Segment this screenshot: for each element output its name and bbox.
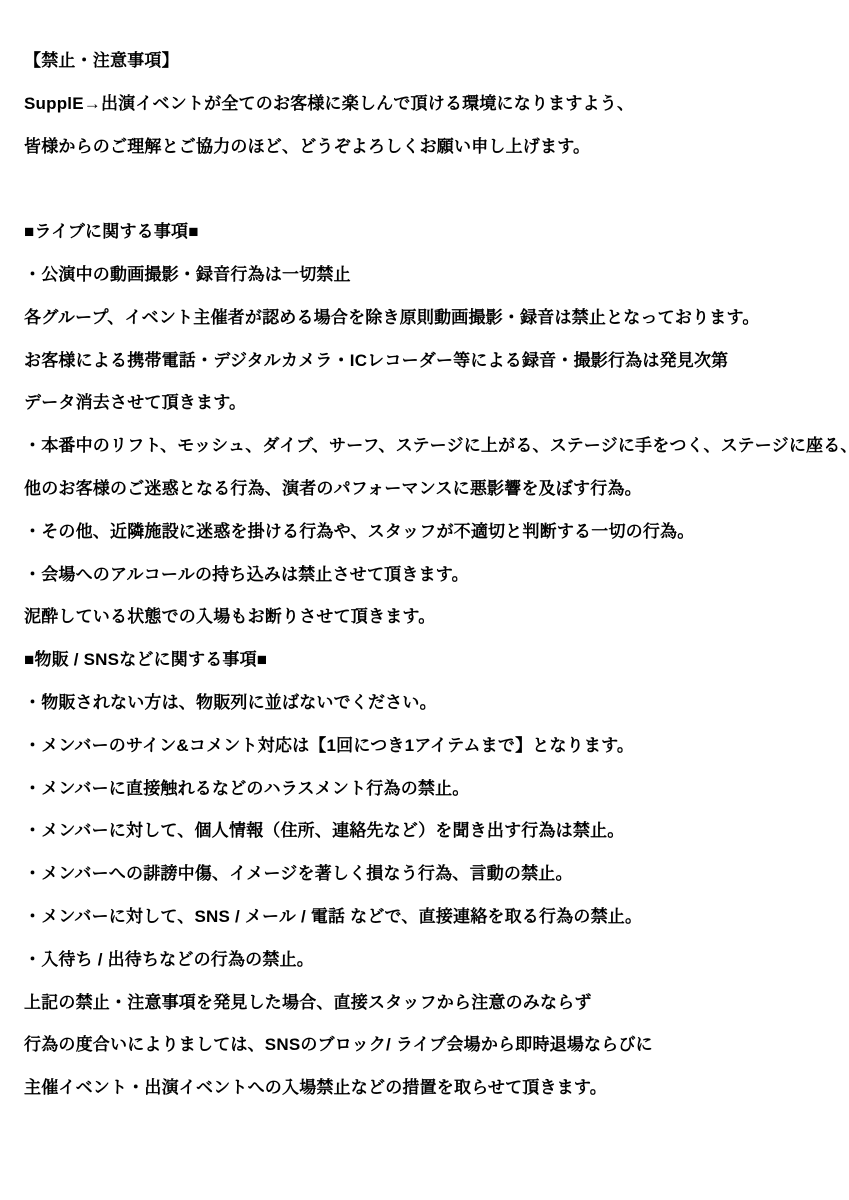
rule-line: ・会場へのアルコールの持ち込みは禁止させて頂きます。: [24, 554, 825, 597]
rule-line: ・入待ち / 出待ちなどの行為の禁止。: [24, 939, 825, 982]
closing-line-1: 上記の禁止・注意事項を発見した場合、直接スタッフから注意のみならず: [24, 982, 825, 1025]
document-page: 【禁止・注意事項】 SupplE→出演イベントが全てのお客様に楽しんで頂ける環境…: [0, 0, 849, 1200]
rule-line: ・メンバーに対して、個人情報（住所、連絡先など）を聞き出す行為は禁止。: [24, 810, 825, 853]
section-live-heading: ■ライブに関する事項■: [24, 211, 825, 254]
rule-line: ・メンバーに対して、SNS / メール / 電話 などで、直接連絡を取る行為の禁…: [24, 896, 825, 939]
rule-line: ・メンバーのサイン&コメント対応は【1回につき1アイテムまで】となります。: [24, 725, 825, 768]
rule-line: お客様による携帯電話・デジタルカメラ・ICレコーダー等による録音・撮影行為は発見…: [24, 340, 825, 383]
rule-line: データ消去させて頂きます。: [24, 382, 825, 425]
intro-line-2: 皆様からのご理解とご協力のほど、どうぞよろしくお願い申し上げます。: [24, 126, 825, 169]
doc-title: 【禁止・注意事項】: [24, 40, 825, 83]
rule-line: ・メンバーに直接触れるなどのハラスメント行為の禁止。: [24, 768, 825, 811]
rule-line: 他のお客様のご迷惑となる行為、演者のパフォーマンスに悪影響を及ぼす行為。: [24, 468, 825, 511]
rule-line: 泥酔している状態での入場もお断りさせて頂きます。: [24, 596, 825, 639]
blank-line: [24, 168, 825, 211]
closing-line-3: 主催イベント・出演イベントへの入場禁止などの措置を取らせて頂きます。: [24, 1067, 825, 1110]
rule-line: ・本番中のリフト、モッシュ、ダイブ、サーフ、ステージに上がる、ステージに手をつく…: [24, 425, 825, 468]
section-goods-sns-heading: ■物販 / SNSなどに関する事項■: [24, 639, 825, 682]
intro-line-1: SupplE→出演イベントが全てのお客様に楽しんで頂ける環境になりますよう、: [24, 83, 825, 126]
closing-line-2: 行為の度合いによりましては、SNSのブロック/ ライブ会場から即時退場ならびに: [24, 1024, 825, 1067]
rule-line: ・その他、近隣施設に迷惑を掛ける行為や、スタッフが不適切と判断する一切の行為。: [24, 511, 825, 554]
rule-line: ・メンバーへの誹謗中傷、イメージを著しく損なう行為、言動の禁止。: [24, 853, 825, 896]
rule-line: ・公演中の動画撮影・録音行為は一切禁止: [24, 254, 825, 297]
rule-line: 各グループ、イベント主催者が認める場合を除き原則動画撮影・録音は禁止となっており…: [24, 297, 825, 340]
rule-line: ・物販されない方は、物販列に並ばないでください。: [24, 682, 825, 725]
